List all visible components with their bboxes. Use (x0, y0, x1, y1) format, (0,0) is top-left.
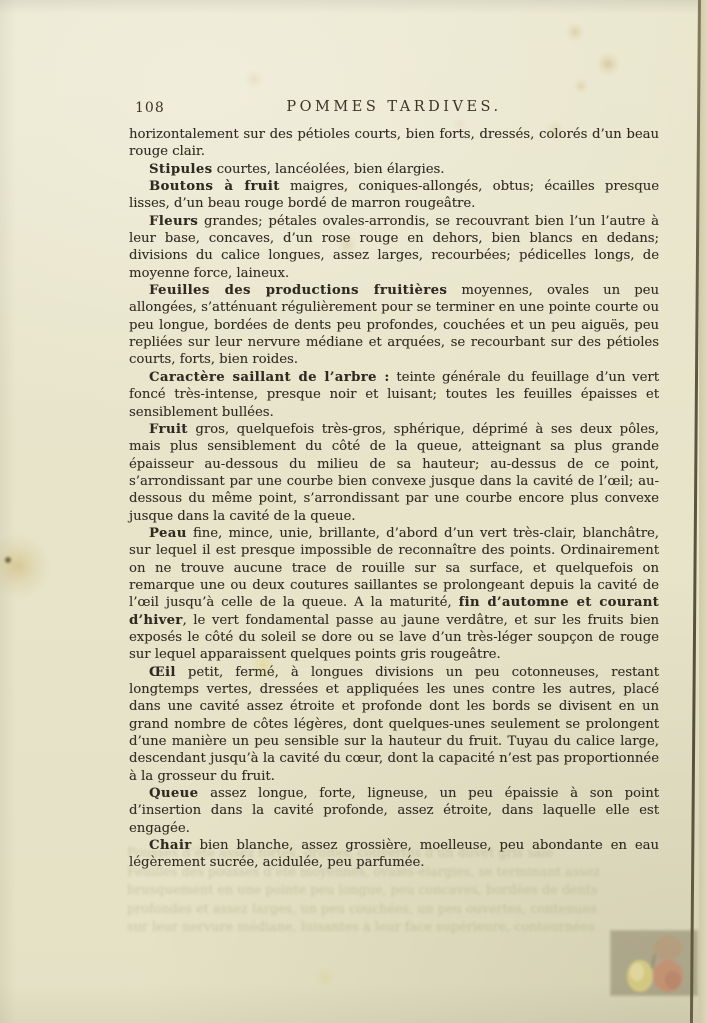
text-segment: horizontalement sur des pétioles courts,… (129, 127, 659, 159)
text-segment: assez longue, forte, ligneuse, un peu ép… (129, 786, 659, 836)
scanned-book-page: 108 POMMES TARDIVES. horizontalement sur… (0, 0, 707, 1023)
stain-spot (243, 68, 265, 90)
stain-spot (0, 534, 50, 598)
bold-text-segment: Queue (149, 786, 198, 801)
text-segment: petit, fermé, à longues divisions un peu… (129, 665, 659, 784)
paragraph: Stipules courtes, lancéolées, bien élarg… (129, 161, 659, 178)
bold-text-segment: Caractère saillant de l’arbre : (149, 370, 390, 385)
ghost-line: Pousses d’été assez fortes, droites, cou… (127, 845, 659, 864)
text-segment: courtes, lancéolées, bien élargies. (212, 162, 444, 177)
running-header: 108 POMMES TARDIVES. (129, 99, 659, 119)
text-segment: gros, quelquefois très-gros, sphérique, … (129, 422, 659, 524)
show-through-text: Pousses d’été assez fortes, droites, cou… (127, 845, 659, 938)
adjacent-page-edge (699, 0, 707, 1023)
bold-text-segment: Fleurs (149, 214, 198, 229)
bold-text-segment: Œil (149, 665, 176, 680)
ghost-line: brusquement en une pointe peu longue, pe… (127, 882, 659, 901)
ghost-line: profondes et assez larges, un peu couché… (127, 901, 659, 920)
stain-spot (3, 555, 13, 565)
stain-spot (565, 22, 585, 42)
paragraph: Queue assez longue, forte, ligneuse, un … (129, 785, 659, 837)
paragraph: Caractère saillant de l’arbre : teinte g… (129, 369, 659, 421)
paragraph: Boutons à fruit maigres, coniques-allong… (129, 178, 659, 213)
ghost-line: sur leur nervure médiane, luisantes à le… (127, 919, 659, 938)
bold-text-segment: Stipules (149, 162, 212, 177)
ghost-line: Feuilles des pousses d’été moyennes, ova… (127, 864, 659, 883)
page-header-title: POMMES TARDIVES. (129, 99, 659, 115)
apples-image (610, 930, 698, 1000)
stain-spot (573, 78, 589, 94)
paragraph: Fruit gros, quelquefois très-gros, sphér… (129, 421, 659, 525)
paragraph: Feuilles des productions fruitières moye… (129, 282, 659, 369)
stain-spot (313, 966, 337, 990)
text-segment: grandes; pétales ovales-arrondis, se rec… (129, 214, 659, 281)
fruit-illustration-show-through (610, 930, 698, 1000)
bold-text-segment: Boutons à fruit (149, 179, 280, 194)
page-body-text: horizontalement sur des pétioles courts,… (129, 126, 659, 872)
paragraph: Œil petit, fermé, à longues divisions un… (129, 664, 659, 785)
paragraph: Peau fine, mince, unie, brillante, d’abo… (129, 525, 659, 664)
paragraph: Fleurs grandes; pétales ovales-arrondis,… (129, 213, 659, 282)
text-segment: , le vert fondamental passe au jaune ver… (129, 613, 659, 663)
stain-spot (596, 52, 620, 76)
paragraph: horizontalement sur des pétioles courts,… (129, 126, 659, 161)
bold-text-segment: Peau (149, 526, 187, 541)
bold-text-segment: Feuilles des productions fruitières (149, 283, 447, 298)
bold-text-segment: Fruit (149, 422, 188, 437)
